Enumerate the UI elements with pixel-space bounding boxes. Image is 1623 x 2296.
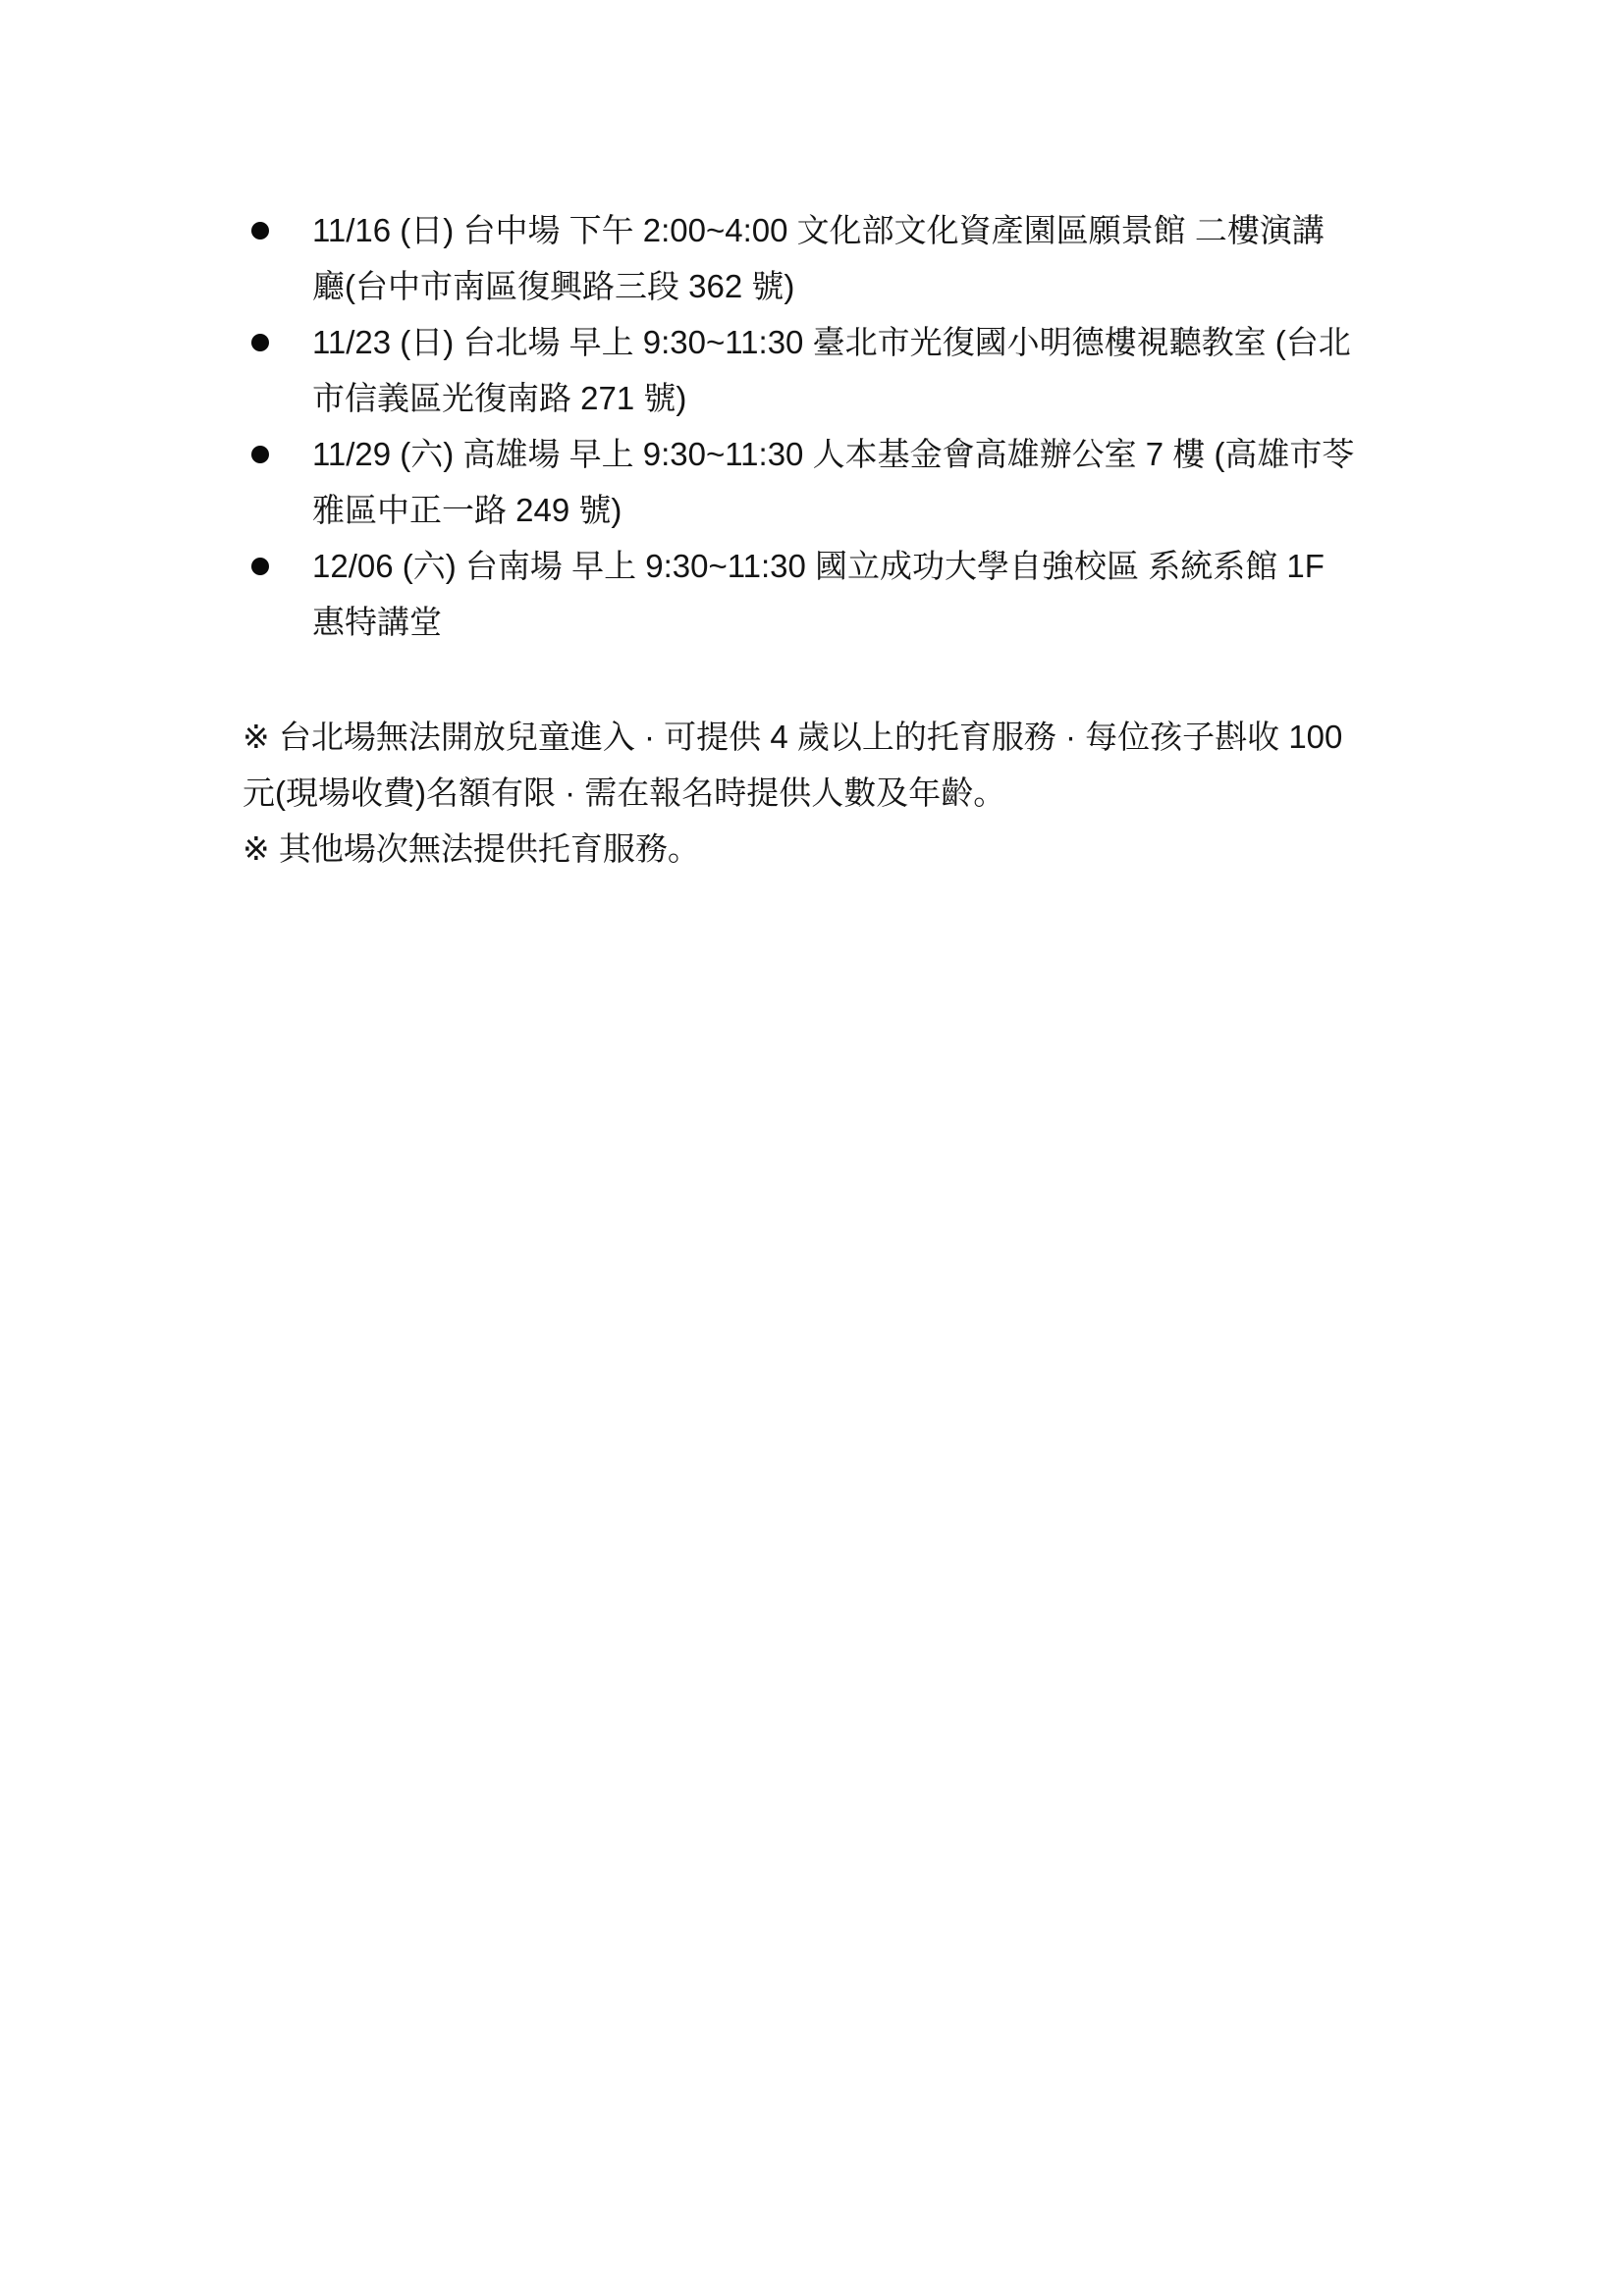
document-page: 11/16 (日) 台中場 下午 2:00~4:00 文化部文化資產園區願景館 … bbox=[0, 0, 1623, 2296]
bullet-icon bbox=[249, 426, 312, 482]
event-text: 11/16 (日) 台中場 下午 2:00~4:00 文化部文化資產園區願景館 … bbox=[312, 202, 1382, 314]
event-text: 11/23 (日) 台北場 早上 9:30~11:30 臺北市光復國小明德樓視聽… bbox=[312, 314, 1382, 426]
event-list: 11/16 (日) 台中場 下午 2:00~4:00 文化部文化資產園區願景館 … bbox=[249, 202, 1388, 650]
note-line: ※ 其他場次無法提供托育服務。 bbox=[243, 821, 1391, 877]
bullet-icon bbox=[249, 202, 312, 258]
list-item: 11/23 (日) 台北場 早上 9:30~11:30 臺北市光復國小明德樓視聽… bbox=[249, 314, 1388, 426]
event-line: 惠特講堂 bbox=[312, 594, 1382, 650]
event-line: 市信義區光復南路 271 號) bbox=[312, 370, 1382, 426]
notes-section: ※ 台北場無法開放兒童進入 · 可提供 4 歲以上的托育服務 · 每位孩子斟收 … bbox=[243, 709, 1391, 877]
bullet-icon bbox=[249, 538, 312, 594]
event-text: 11/29 (六) 高雄場 早上 9:30~11:30 人本基金會高雄辦公室 7… bbox=[312, 426, 1382, 538]
note-childcare: ※ 台北場無法開放兒童進入 · 可提供 4 歲以上的托育服務 · 每位孩子斟收 … bbox=[243, 709, 1391, 821]
bullet-icon bbox=[249, 314, 312, 370]
event-line: 雅區中正一路 249 號) bbox=[312, 482, 1382, 538]
event-line: 廳(台中市南區復興路三段 362 號) bbox=[312, 258, 1382, 314]
event-line: 12/06 (六) 台南場 早上 9:30~11:30 國立成功大學自強校區 系… bbox=[312, 538, 1382, 594]
event-line: 11/16 (日) 台中場 下午 2:00~4:00 文化部文化資產園區願景館 … bbox=[312, 202, 1382, 258]
list-item: 11/16 (日) 台中場 下午 2:00~4:00 文化部文化資產園區願景館 … bbox=[249, 202, 1388, 314]
note-line: ※ 台北場無法開放兒童進入 · 可提供 4 歲以上的托育服務 · 每位孩子斟收 … bbox=[243, 709, 1391, 765]
list-item: 12/06 (六) 台南場 早上 9:30~11:30 國立成功大學自強校區 系… bbox=[249, 538, 1388, 650]
event-text: 12/06 (六) 台南場 早上 9:30~11:30 國立成功大學自強校區 系… bbox=[312, 538, 1382, 650]
event-line: 11/23 (日) 台北場 早上 9:30~11:30 臺北市光復國小明德樓視聽… bbox=[312, 314, 1382, 370]
note-line: 元(現場收費)名額有限 · 需在報名時提供人數及年齡。 bbox=[243, 765, 1391, 821]
event-line: 11/29 (六) 高雄場 早上 9:30~11:30 人本基金會高雄辦公室 7… bbox=[312, 426, 1382, 482]
note-other-sessions: ※ 其他場次無法提供托育服務。 bbox=[243, 821, 1391, 877]
list-item: 11/29 (六) 高雄場 早上 9:30~11:30 人本基金會高雄辦公室 7… bbox=[249, 426, 1388, 538]
